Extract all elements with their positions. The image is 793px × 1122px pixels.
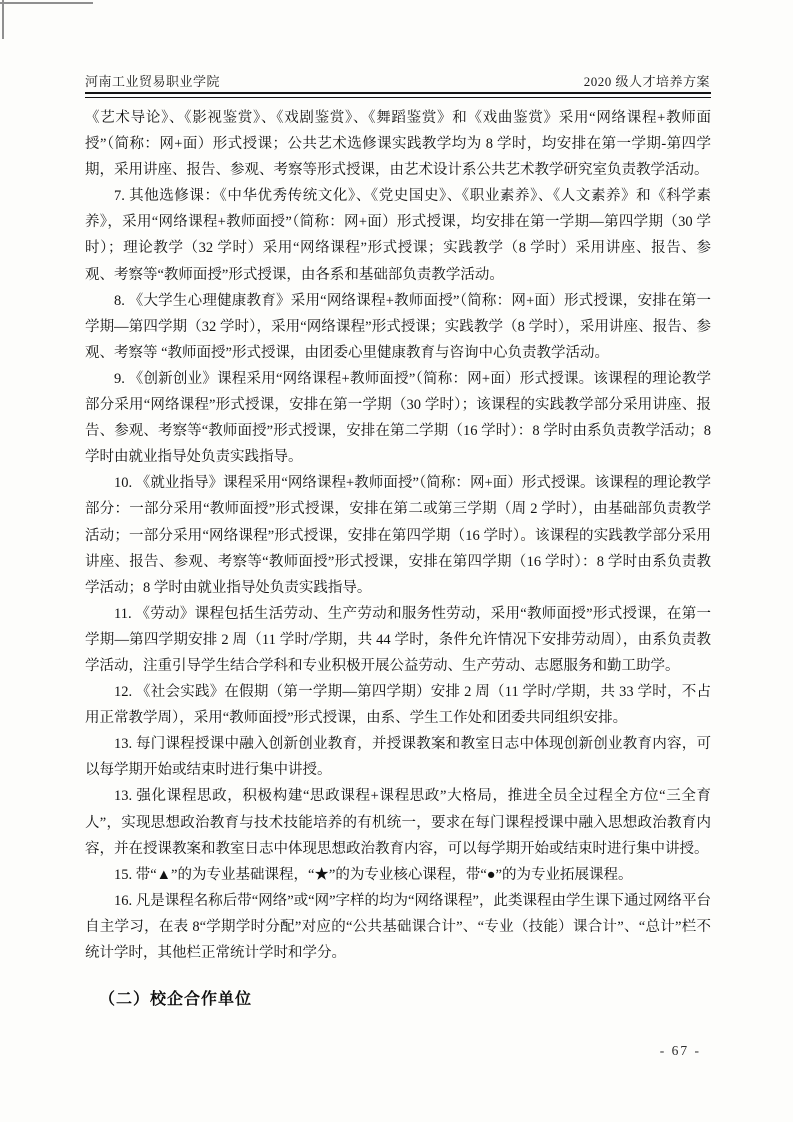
header-school-name: 河南工业贸易职业学院 [85,71,220,90]
body-paragraph: 11. 《劳动》课程包括生活劳动、生产劳动和服务性劳动，采用“教师面授”形式授课… [85,601,711,679]
body-paragraph: 《艺术导论》、《影视鉴赏》、《戏剧鉴赏》、《舞蹈鉴赏》和《戏曲鉴赏》采用“网络课… [85,105,711,183]
body-paragraph: 7. 其他选修课：《中华优秀传统文化》、《党史国史》、《职业素养》、《人文素养》… [85,183,711,287]
scan-edge-artifact-vertical [2,0,4,39]
page-number: - 67 - [660,1043,701,1059]
scan-edge-artifact-horizontal [0,2,93,4]
section-heading: （二）校企合作单位 [85,987,711,1013]
body-paragraph: 15. 带“▲”的为专业基础课程，“★”的为专业核心课程，带“●”的为专业拓展课… [85,862,711,888]
body-paragraph: 8. 《大学生心理健康教育》采用“网络课程+教师面授”（简称：网+面）形式授课，… [85,288,711,366]
header-rule-thin [85,97,711,98]
header-plan-title: 2020 级人才培养方案 [584,71,710,90]
page-header: 河南工业贸易职业学院 2020 级人才培养方案 [85,71,710,90]
body-paragraph: 13. 每门课程授课中融入创新创业教育，并授课教案和教室日志中体现创新创业教育内… [85,731,711,783]
header-rule-thick [85,92,711,94]
body-paragraph: 13. 强化课程思政，积极构建“思政课程+课程思政”大格局，推进全员全过程全方位… [85,783,711,861]
body-paragraph: 16. 凡是课程名称后带“网络”或“网”字样的均为“网络课程”，此类课程由学生课… [85,888,711,966]
document-body: 《艺术导论》、《影视鉴赏》、《戏剧鉴赏》、《舞蹈鉴赏》和《戏曲鉴赏》采用“网络课… [85,105,711,1013]
body-paragraph: 9. 《创新创业》课程采用“网络课程+教师面授”（简称：网+面）形式授课。该课程… [85,366,711,470]
body-paragraph: 12. 《社会实践》在假期（第一学期—第四学期）安排 2 周（11 学时/学期，… [85,679,711,731]
body-paragraph: 10. 《就业指导》课程采用“网络课程+教师面授”（简称：网+面）形式授课。该课… [85,470,711,600]
